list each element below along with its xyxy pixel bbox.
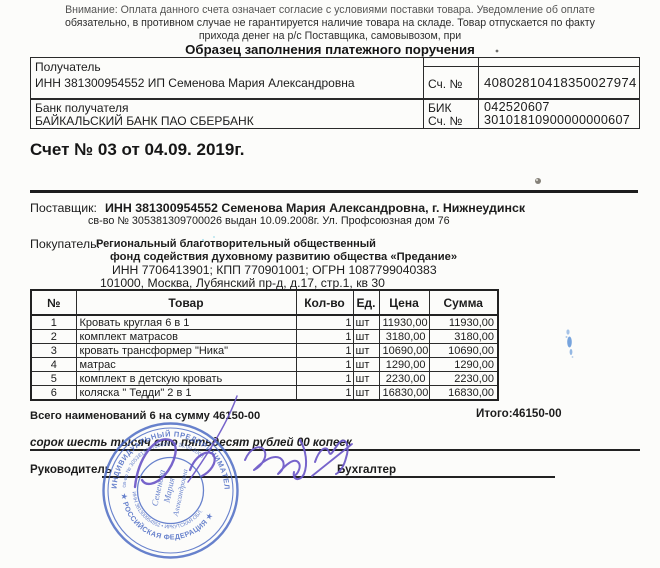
supplier-certificate: св-во № 305381309700026 выдан 10.09.2008… bbox=[88, 215, 450, 227]
cell-unit: шт bbox=[353, 372, 379, 386]
table-row: 5 комплект в детскую кровать 1 шт 2230,0… bbox=[31, 372, 498, 386]
cell-sum: 2230,00 bbox=[429, 372, 498, 386]
cell-qty: 1 bbox=[296, 315, 353, 330]
supplier-label: Поставщик: bbox=[30, 201, 97, 215]
cell-price: 2230,00 bbox=[379, 372, 429, 386]
table-row: 2 комплект матрасов 1 шт 3180,00 3180,00 bbox=[31, 330, 498, 344]
cell-index: 4 bbox=[31, 358, 76, 372]
notice-line-1: Внимание: Оплата данного счета означает … bbox=[38, 4, 622, 17]
cell-product: комплект матрасов bbox=[76, 330, 296, 344]
payment-notice: Внимание: Оплата данного счета означает … bbox=[38, 4, 622, 43]
divider bbox=[478, 100, 479, 128]
cell-price: 11930,00 bbox=[379, 315, 429, 330]
buyer-name-line1: Региональный благотворительный обществен… bbox=[96, 238, 376, 250]
cell-sum: 3180,00 bbox=[429, 330, 498, 344]
table-row: 4 матрас 1 шт 1290,00 1290,00 bbox=[31, 358, 498, 372]
handwritten-signature bbox=[100, 390, 360, 505]
cell-index: 2 bbox=[31, 330, 76, 344]
cell-unit: шт bbox=[353, 330, 379, 344]
cell-price: 3180,00 bbox=[379, 330, 429, 344]
invoice-number-title: Счет № 03 от 04.09. 2019г. bbox=[30, 140, 244, 160]
corr-account-number: 30101810900000000607 bbox=[484, 113, 630, 127]
supplier-name: ИНН 381300954552 Семенова Мария Александ… bbox=[105, 201, 525, 215]
divider bbox=[423, 100, 424, 128]
cell-index: 3 bbox=[31, 344, 76, 358]
signature-flourish-stroke bbox=[188, 396, 237, 482]
items-header-row: № Товар Кол-во Ед. Цена Сумма bbox=[31, 290, 498, 315]
recipient-value: ИНН 381300954552 ИП Семенова Мария Алекс… bbox=[35, 76, 355, 90]
scan-speck bbox=[493, 47, 501, 55]
divider bbox=[478, 58, 479, 98]
cell-unit: шт bbox=[353, 315, 379, 330]
cell-product: кровать трансформер "Ника" bbox=[76, 344, 296, 358]
account-label: Сч. № bbox=[428, 77, 462, 91]
cell-product: Кровать круглая 6 в 1 bbox=[76, 315, 296, 330]
payment-order-sample-title: Образец заполнения платежного поручения bbox=[40, 42, 620, 57]
divider bbox=[423, 58, 424, 98]
invoice-document: Внимание: Оплата данного счета означает … bbox=[0, 0, 660, 568]
notice-line-2: обязательно, в противном случае не гаран… bbox=[38, 17, 622, 30]
cell-price: 10690,00 bbox=[379, 344, 429, 358]
col-header-qty: Кол-во bbox=[296, 290, 353, 315]
accountant-signature-line bbox=[394, 476, 555, 478]
recipient-label: Получатель bbox=[35, 60, 101, 74]
buyer-inn-kpp-ogrn: ИНН 7706413901; КПП 770901001; ОГРН 1087… bbox=[112, 263, 437, 277]
cell-price: 16830,00 bbox=[379, 386, 429, 401]
cell-product: комплект в детскую кровать bbox=[76, 372, 296, 386]
col-header-index: № bbox=[31, 290, 76, 315]
cell-sum: 1290,00 bbox=[429, 358, 498, 372]
cell-index: 1 bbox=[31, 315, 76, 330]
cell-unit: шт bbox=[353, 344, 379, 358]
col-header-unit: Ед. bbox=[353, 290, 379, 315]
col-header-price: Цена bbox=[379, 290, 429, 315]
bik-value: 042520607 bbox=[484, 100, 550, 114]
cell-price: 1290,00 bbox=[379, 358, 429, 372]
buyer-address: 101000, Москва, Лубянский пр-д, д.17, ст… bbox=[100, 276, 385, 290]
divider bbox=[423, 66, 639, 67]
cell-sum: 16830,00 bbox=[429, 386, 498, 401]
bank-label: Банк получателя bbox=[35, 101, 128, 115]
cell-unit: шт bbox=[353, 358, 379, 372]
total-amount: Итого:46150-00 bbox=[476, 407, 562, 420]
corr-account-label: Сч. № bbox=[428, 114, 462, 128]
table-row: 3 кровать трансформер "Ника" 1 шт 10690,… bbox=[31, 344, 498, 358]
scan-speck bbox=[198, 233, 222, 245]
bik-label: БИК bbox=[428, 101, 452, 115]
table-row: 1 Кровать круглая 6 в 1 1 шт 11930,00 11… bbox=[31, 315, 498, 330]
cell-index: 6 bbox=[31, 386, 76, 401]
bank-name: БАЙКАЛЬСКИЙ БАНК ПАО СБЕРБАНК bbox=[35, 114, 254, 128]
bank-box: Банк получателя БАЙКАЛЬСКИЙ БАНК ПАО СБЕ… bbox=[30, 99, 640, 129]
col-header-sum: Сумма bbox=[429, 290, 498, 315]
cell-qty: 1 bbox=[296, 372, 353, 386]
cell-sum: 11930,00 bbox=[429, 315, 498, 330]
cell-product: матрас bbox=[76, 358, 296, 372]
scan-speck bbox=[530, 173, 546, 189]
cell-qty: 1 bbox=[296, 344, 353, 358]
cell-index: 5 bbox=[31, 372, 76, 386]
ink-smudge bbox=[558, 326, 582, 362]
items-table: № Товар Кол-во Ед. Цена Сумма 1 Кровать … bbox=[30, 289, 499, 401]
buyer-label: Покупатель: bbox=[30, 237, 100, 251]
horizontal-rule bbox=[30, 190, 638, 193]
buyer-name-line2: фонд содействия духовному развитию общес… bbox=[110, 251, 457, 263]
recipient-box: Получатель ИНН 381300954552 ИП Семенова … bbox=[30, 57, 640, 99]
col-header-product: Товар bbox=[76, 290, 296, 315]
cell-qty: 1 bbox=[296, 358, 353, 372]
cell-sum: 10690,00 bbox=[429, 344, 498, 358]
recipient-account-number: 40802810418350027974 bbox=[484, 75, 637, 90]
cell-qty: 1 bbox=[296, 330, 353, 344]
